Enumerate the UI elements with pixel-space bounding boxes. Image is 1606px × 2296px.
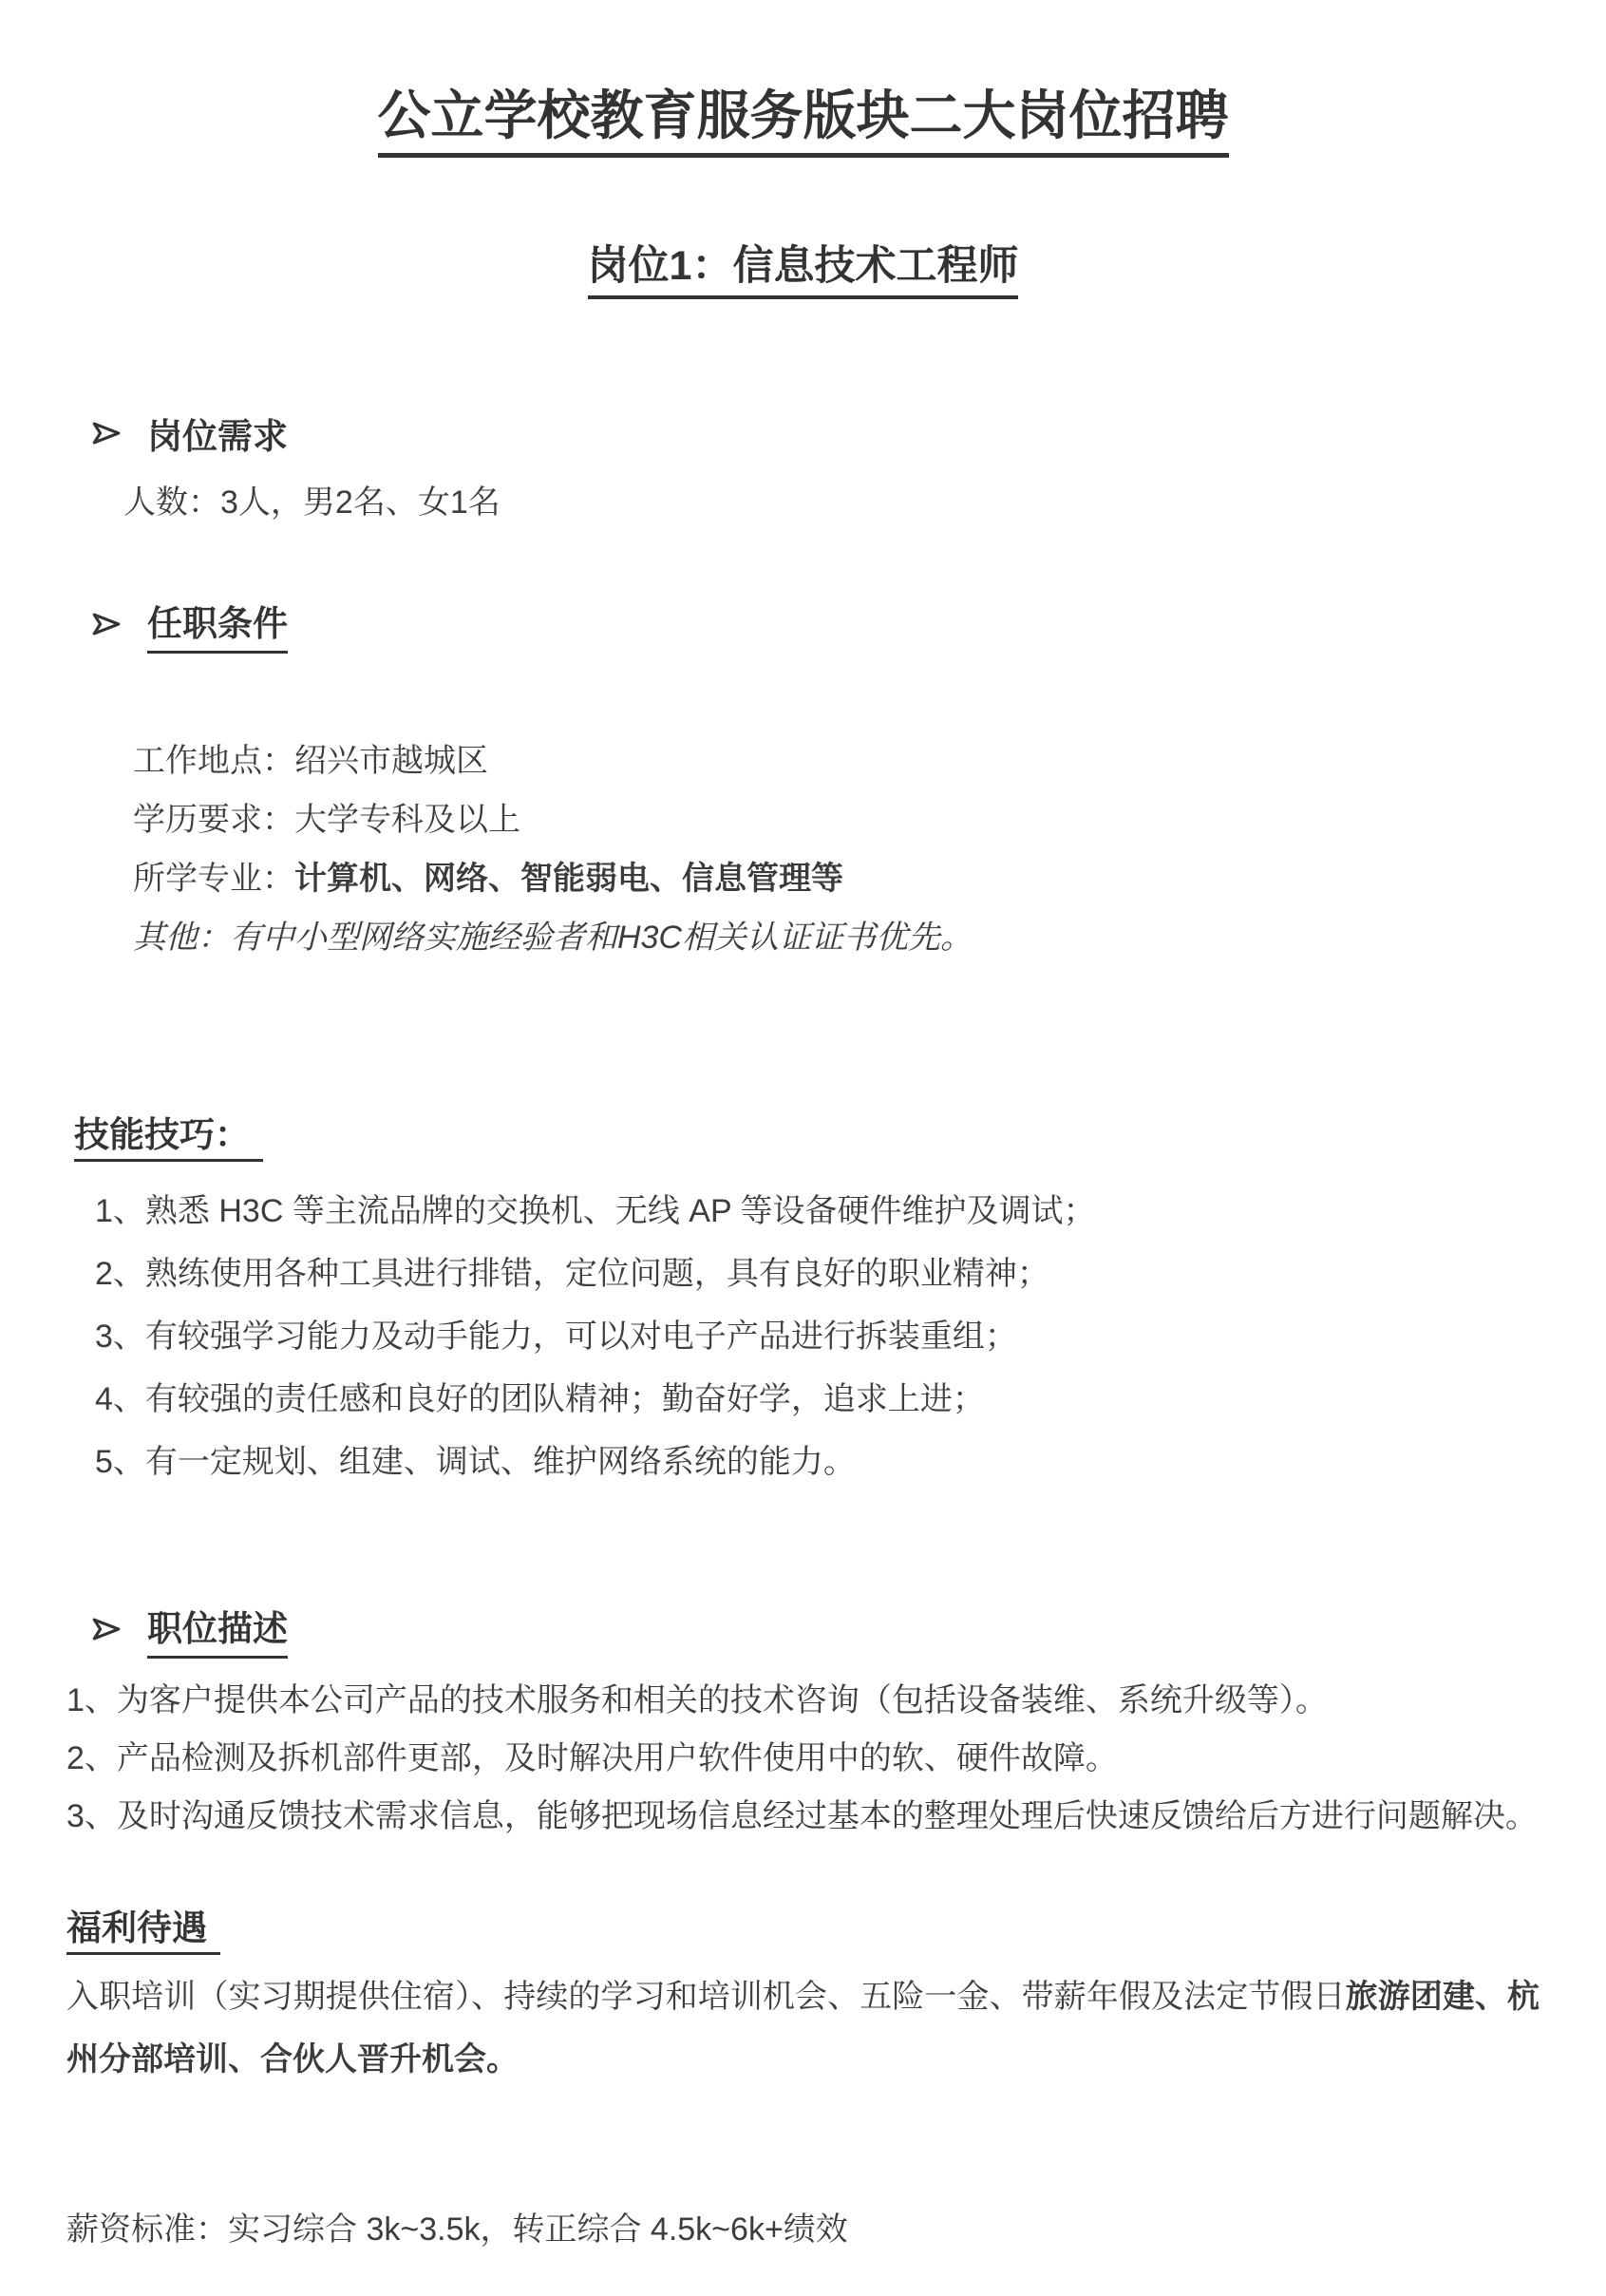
welfare-body: 入职培训（实习期提供住宿）、持续的学习和培训机会、五险一金、带薪年假及法定节假日… bbox=[66, 1965, 1540, 2091]
section-demand-heading: 岗位需求 bbox=[90, 408, 1540, 459]
document-title: 公立学校教育服务版块二大岗位招聘 bbox=[66, 84, 1540, 147]
headcount-line: 人数：3人，男2名、女1名 bbox=[123, 476, 1540, 522]
welfare-body-start: 入职培训（实习期提供住宿）、持续的学习和培训机会、五险一金、带薪年假及法定节假日 bbox=[66, 1979, 1346, 2015]
major-value: 计算机、网络、智能弱电、信息管理等 bbox=[294, 861, 843, 897]
skills-item: 5、有一定规划、组建、调试、维护网络系统的能力。 bbox=[95, 1431, 1540, 1493]
work-location-line: 工作地点：绍兴市越城区 bbox=[133, 731, 1540, 790]
salary-line: 薪资标准：实习综合 3k~3.5k，转正综合 4.5k~6k+绩效 bbox=[66, 2203, 1540, 2249]
position-title-text: 岗位1：信息技术工程师 bbox=[588, 243, 1019, 299]
document-title-text: 公立学校教育服务版块二大岗位招聘 bbox=[378, 85, 1229, 158]
education-line: 学历要求：大学专科及以上 bbox=[133, 790, 1540, 849]
section-skills-heading: 技能技巧： bbox=[74, 1106, 1540, 1157]
arrow-bullet-icon bbox=[90, 1613, 123, 1645]
document-page: 公立学校教育服务版块二大岗位招聘 岗位1：信息技术工程师 岗位需求 人数：3人，… bbox=[0, 0, 1606, 2296]
arrow-bullet-icon bbox=[90, 608, 123, 640]
description-item: 1、为客户提供本公司产品的技术服务和相关的技术咨询（包括设备装维、系统升级等）。 bbox=[66, 1672, 1540, 1730]
section-qualifications-heading-text: 任职条件 bbox=[147, 595, 288, 654]
section-demand-heading-text: 岗位需求 bbox=[147, 408, 288, 459]
description-item: 3、及时沟通反馈技术需求信息，能够把现场信息经过基本的整理处理后快速反馈给后方进… bbox=[66, 1788, 1540, 1846]
section-skills-heading-text: 技能技巧： bbox=[74, 1115, 263, 1162]
skills-list: 1、熟悉 H3C 等主流品牌的交换机、无线 AP 等设备硬件维护及调试； 2、熟… bbox=[95, 1180, 1540, 1493]
major-line: 所学专业：计算机、网络、智能弱电、信息管理等 bbox=[133, 849, 1540, 908]
skills-item: 2、熟练使用各种工具进行排错，定位问题，具有良好的职业精神； bbox=[95, 1243, 1540, 1305]
section-description-heading: 职位描述 bbox=[90, 1600, 1540, 1659]
skills-item: 4、有较强的责任感和良好的团队精神；勤奋好学，追求上进； bbox=[95, 1368, 1540, 1431]
skills-item: 1、熟悉 H3C 等主流品牌的交换机、无线 AP 等设备硬件维护及调试； bbox=[95, 1180, 1540, 1243]
description-item: 2、产品检测及拆机部件更部，及时解决用户软件使用中的软、硬件故障。 bbox=[66, 1730, 1540, 1788]
section-welfare-heading-text: 福利待遇 bbox=[66, 1908, 220, 1955]
position-title: 岗位1：信息技术工程师 bbox=[66, 242, 1540, 292]
major-label: 所学专业： bbox=[133, 861, 294, 897]
section-welfare-heading: 福利待遇 bbox=[66, 1899, 1540, 1950]
skills-item: 3、有较强学习能力及动手能力，可以对电子产品进行拆装重组； bbox=[95, 1305, 1540, 1368]
qualifications-block: 工作地点：绍兴市越城区 学历要求：大学专科及以上 所学专业：计算机、网络、智能弱… bbox=[133, 731, 1540, 967]
description-list: 1、为客户提供本公司产品的技术服务和相关的技术咨询（包括设备装维、系统升级等）。… bbox=[66, 1672, 1540, 1846]
section-qualifications-heading: 任职条件 bbox=[90, 595, 1540, 654]
other-note-line: 其他：有中小型网络实施经验者和H3C相关认证证书优先。 bbox=[133, 908, 1540, 967]
section-description-heading-text: 职位描述 bbox=[147, 1600, 288, 1659]
arrow-bullet-icon bbox=[90, 417, 123, 449]
